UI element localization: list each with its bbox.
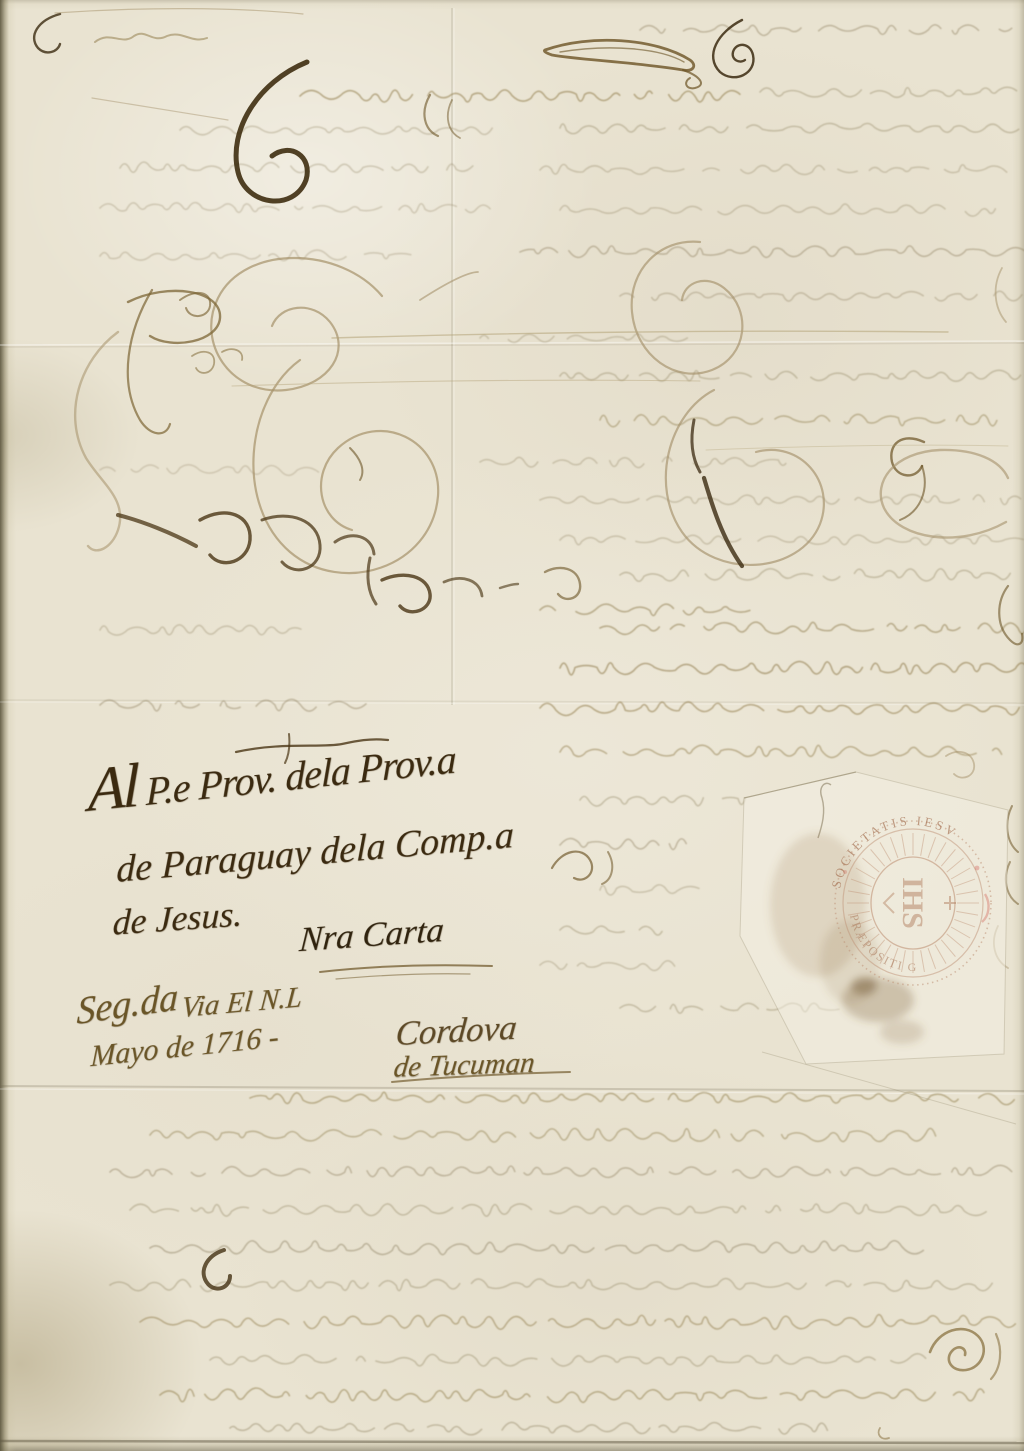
ink-art-layer: SOCIETATIS IESV PRÆPOSITI G IHS (0, 0, 1024, 1451)
jesuit-seal: SOCIETATIS IESV PRÆPOSITI G IHS (740, 772, 1016, 1124)
seal-monogram: IHS (896, 877, 929, 929)
fold-creases (0, 8, 1024, 1443)
ink-flourishes-layer (34, 9, 1022, 1439)
bleedthrough-layer (100, 25, 1024, 1435)
address-salutation: Al (88, 751, 137, 825)
routing-place-cordova: Cordova (394, 1007, 519, 1054)
routing-place-tucuman: de Tucuman (392, 1047, 536, 1085)
manuscript-page: SOCIETATIS IESV PRÆPOSITI G IHS Al P.e P… (0, 0, 1024, 1451)
